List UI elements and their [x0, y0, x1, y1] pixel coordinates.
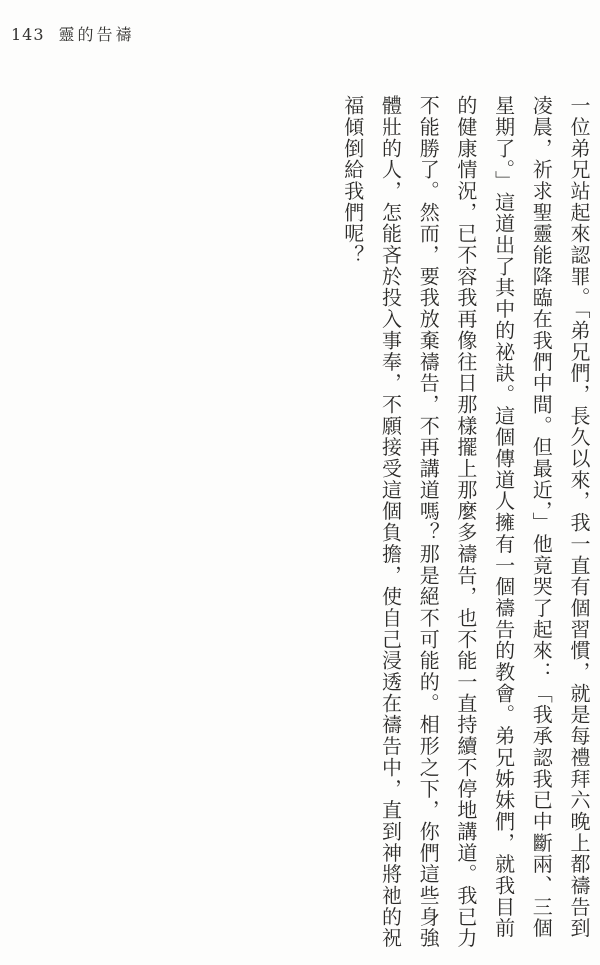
- text-column: 星期了。」這道出了其中的祕訣。這個傳道人擁有一個禱告的教會。弟兄姊妹們，就我目前: [484, 95, 522, 957]
- page-number: 143: [11, 25, 45, 44]
- text-column: 不能勝了。然而，要我放棄禱告，不再講道嗎？那是絕不可能的。相形之下，你們這些身強: [408, 95, 446, 957]
- text-column: 一位弟兄站起來認罪。「弟兄們，長久以來，我一直有個習慣，就是每禮拜六晚上都禱告到: [559, 95, 597, 957]
- page-header: 143 靈的告禱: [11, 22, 135, 45]
- text-column: 體壯的人，怎能吝於投入事奉，不願接受這個負擔，使自己浸透在禱告中，直到神將祂的祝: [371, 95, 409, 957]
- text-column: 福傾倒給我們呢？: [333, 95, 371, 957]
- text-column: 的健康情況，已不容我再像往日那樣擺上那麼多禱告，也不能一直持續不停地講道。我已力: [446, 95, 484, 957]
- text-column: 凌晨，祈求聖靈能降臨在我們中間。但最近，」他竟哭了起來：「我承認我已中斷兩、三個: [522, 95, 560, 957]
- text-block: 一位弟兄站起來認罪。「弟兄們，長久以來，我一直有個習慣，就是每禮拜六晚上都禱告到…: [333, 95, 597, 957]
- running-title: 靈的告禱: [59, 22, 135, 45]
- book-page: 143 靈的告禱 一位弟兄站起來認罪。「弟兄們，長久以來，我一直有個習慣，就是每…: [0, 0, 600, 965]
